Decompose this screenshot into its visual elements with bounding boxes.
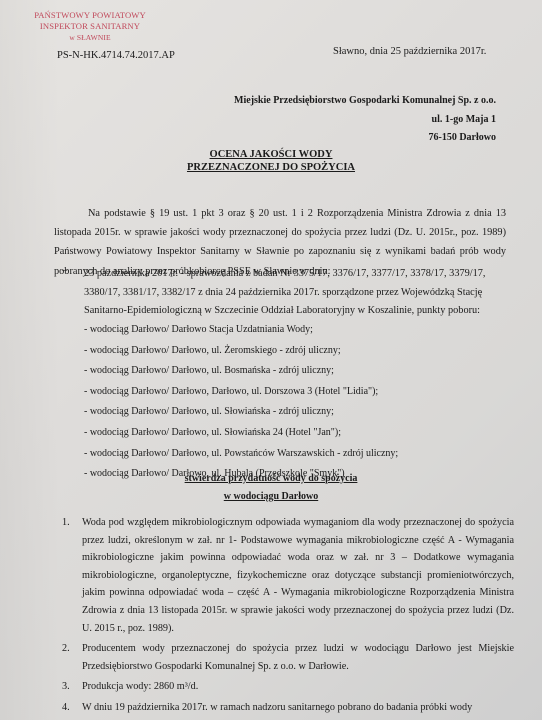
date-line: Sławno, dnia 25 października 2017r. xyxy=(333,46,486,57)
finding-item: 1. Woda pod względem mikrobiologicznym o… xyxy=(62,514,514,637)
item-text: Woda pod względem mikrobiologicznym odpo… xyxy=(82,517,514,634)
finding-heading: stwierdza przydatność wody do spożycia w… xyxy=(0,470,542,506)
recipient-address: Miejskie Przedsiębiorstwo Gospodarki Kom… xyxy=(234,92,496,148)
stamp-line-3: w SŁAWNIE xyxy=(30,32,150,43)
finding-item: 3. Produkcja wody: 2860 m³/d. xyxy=(62,678,514,696)
document-page: PAŃSTWOWY POWIATOWY INSPEKTOR SANITARNY … xyxy=(0,0,542,720)
recipient-name: Miejskie Przedsiębiorstwo Gospodarki Kom… xyxy=(234,92,496,111)
sampling-point: - wodociąg Darłowo/ Darłowo Stacja Uzdat… xyxy=(84,320,398,341)
reference-number: PS-N-HK.4714.74.2017.AP xyxy=(57,50,175,61)
sampling-point: - wodociąg Darłowo/ Darłowo, ul. Słowiań… xyxy=(84,402,398,423)
stamp-line-1: PAŃSTWOWY POWIATOWY xyxy=(30,10,150,21)
findings-list: 1. Woda pod względem mikrobiologicznym o… xyxy=(62,514,514,720)
finding-item: 4. W dniu 19 października 2017r. w ramac… xyxy=(62,699,514,717)
sampling-point: - wodociąg Darłowo/ Darłowo, ul. Powstań… xyxy=(84,444,398,465)
item-number: 2. xyxy=(62,640,70,658)
item-text: W dniu 19 października 2017r. w ramach n… xyxy=(82,702,472,713)
sampling-text: 23 października 2017r. - sprawozdania z … xyxy=(84,265,506,321)
item-text: Produkcja wody: 2860 m³/d. xyxy=(82,681,198,692)
sampling-point: - wodociąg Darłowo/ Darłowo, ul. Żeromsk… xyxy=(84,341,398,362)
title-line-2: PRZEZNACZONEJ DO SPOŻYCIA xyxy=(187,162,355,173)
recipient-street: ul. 1-go Maja 1 xyxy=(234,111,496,130)
item-text: Producentem wody przeznaczonej do spożyc… xyxy=(82,643,514,672)
sampling-points-list: - wodociąg Darłowo/ Darłowo Stacja Uzdat… xyxy=(84,320,398,485)
sampling-point: - wodociąg Darłowo/ Darłowo, ul. Bosmańs… xyxy=(84,361,398,382)
official-stamp: PAŃSTWOWY POWIATOWY INSPEKTOR SANITARNY … xyxy=(30,10,150,43)
finding-line-1: stwierdza przydatność wody do spożycia xyxy=(185,473,358,484)
stamp-line-2: INSPEKTOR SANITARNY xyxy=(30,21,150,32)
sampling-point: - wodociąg Darłowo/ Darłowo, ul. Słowiań… xyxy=(84,423,398,444)
sampling-bullet: – xyxy=(62,265,67,276)
item-number: 1. xyxy=(62,514,70,532)
finding-line-2: w wodociągu Darłowo xyxy=(224,491,318,502)
item-number: 3. xyxy=(62,678,70,696)
item-number: 4. xyxy=(62,699,70,717)
recipient-city: 76-150 Darłowo xyxy=(234,129,496,148)
sampling-point: - wodociąg Darłowo/ Darłowo, Darłowo, ul… xyxy=(84,382,398,403)
title-line-1: OCENA JAKOŚCI WODY xyxy=(210,149,333,160)
finding-item: 2. Producentem wody przeznaczonej do spo… xyxy=(62,640,514,675)
page-shadow xyxy=(0,0,60,720)
document-title: OCENA JAKOŚCI WODY PRZEZNACZONEJ DO SPOŻ… xyxy=(0,148,542,174)
